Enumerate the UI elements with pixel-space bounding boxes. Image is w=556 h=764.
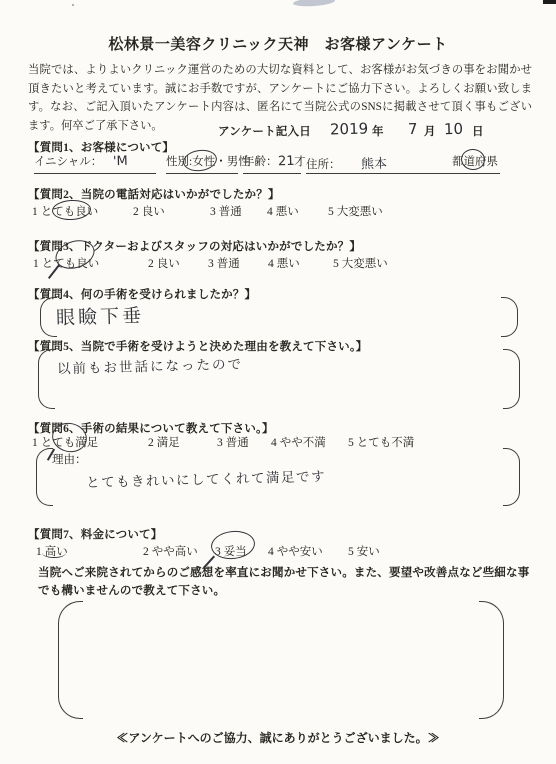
q3-option-5: 5大変悪い bbox=[333, 255, 388, 271]
q3-option-4-num: 4 bbox=[268, 258, 274, 270]
q2-option-1-num: 1 bbox=[32, 206, 38, 218]
footer-note: ≪アンケートへのご協力、誠にありがとうございました。≫ bbox=[0, 729, 556, 746]
q7-option-5-num: 5 bbox=[348, 546, 354, 558]
scan-corner-mark bbox=[543, 0, 556, 4]
date-year-unit: 年 bbox=[372, 123, 384, 139]
q7-option-2-label: やや高い bbox=[152, 546, 198, 558]
q3-option-3-num: 3 bbox=[208, 258, 214, 270]
q3-option-1-num: 1 bbox=[33, 258, 39, 270]
q2-option-4: 4悪い bbox=[267, 203, 299, 219]
q2-option-2-num: 2 bbox=[133, 206, 139, 218]
q1-initial-value: 'M bbox=[113, 154, 128, 169]
q3-option-4: 4悪い bbox=[268, 255, 300, 271]
date-label: アンケート記入日 bbox=[218, 123, 311, 139]
q2-option-3: 3普通 bbox=[210, 203, 242, 219]
q7-header: 【質問7、料金について】 bbox=[28, 526, 162, 542]
q2-option-3-num: 3 bbox=[210, 206, 216, 218]
q2-option-2-label: 良い bbox=[142, 206, 165, 218]
q1-age-unit: 才 bbox=[294, 156, 306, 168]
q2-option-5: 5大変悪い bbox=[328, 203, 383, 219]
q3-option-2: 2良い bbox=[148, 255, 180, 271]
q7-option-4: 4やや安い bbox=[268, 543, 323, 559]
scan-smudge bbox=[293, 0, 335, 7]
feedback-box bbox=[58, 601, 504, 719]
scan-speck bbox=[72, 4, 74, 6]
q1-age-label: 年齢： bbox=[243, 156, 278, 168]
q2-option-4-num: 4 bbox=[267, 206, 273, 218]
q1-initial-field: イニシャル： 'M bbox=[34, 153, 156, 174]
q2-option-5-label: 大変悪い bbox=[337, 206, 383, 218]
date-day-unit: 日 bbox=[472, 123, 484, 139]
date-month-value: 7 bbox=[408, 120, 418, 138]
q2-option-3-label: 普通 bbox=[219, 206, 242, 218]
q3-option-3: 3普通 bbox=[208, 255, 240, 271]
scanned-survey-page: 松林景一美容クリニック天神 お客様アンケート 当院では、よりよいクリニック運営の… bbox=[0, 0, 556, 764]
q6-reason-label: 理由： bbox=[52, 451, 87, 467]
q3-option-4-label: 悪い bbox=[277, 258, 300, 270]
q3-option-5-label: 大変悪い bbox=[342, 258, 388, 270]
q7-option-4-label: やや安い bbox=[277, 546, 323, 558]
q7-option-2-num: 2 bbox=[143, 546, 149, 558]
page-title: 松林景一美容クリニック天神 お客様アンケート bbox=[0, 33, 556, 54]
q1-age-field: 年齢：21才 bbox=[243, 153, 301, 174]
q7-option-1-num: 1 bbox=[36, 546, 42, 558]
q2-option-5-num: 5 bbox=[328, 206, 334, 218]
q7-option1-underline-mark bbox=[42, 548, 66, 558]
q3-option-5-num: 5 bbox=[333, 258, 339, 270]
date-day-value: 10 bbox=[444, 120, 464, 138]
q1-address-value: 熊本 bbox=[361, 153, 388, 173]
q7-option-4-num: 4 bbox=[268, 546, 274, 558]
q3-option-2-num: 2 bbox=[148, 258, 154, 270]
date-month-unit: 月 bbox=[424, 123, 436, 139]
q1-age-value: 21 bbox=[277, 154, 294, 169]
q2-option-2: 2良い bbox=[133, 203, 165, 219]
q4-answer-text: 眼瞼下垂 bbox=[56, 301, 145, 330]
q2-option-4-label: 悪い bbox=[276, 206, 299, 218]
q1-address-label: 住所： bbox=[306, 159, 341, 171]
q7-option-5-label: 安い bbox=[357, 546, 380, 558]
q7-option-2: 2やや高い bbox=[143, 543, 198, 559]
date-year-value: 2019 bbox=[330, 120, 369, 139]
q7-option-5: 5安い bbox=[348, 543, 380, 559]
q1-pref-circled-text: 県 bbox=[487, 156, 499, 168]
q3-option-2-label: 良い bbox=[157, 258, 180, 270]
feedback-prompt: 当院へご来院されてからのご感想を率直にお聞かせ下さい。また、要望や改善点など些細… bbox=[38, 564, 530, 600]
q1-initial-label: イニシャル： bbox=[34, 156, 102, 168]
q3-option-3-label: 普通 bbox=[217, 258, 240, 270]
